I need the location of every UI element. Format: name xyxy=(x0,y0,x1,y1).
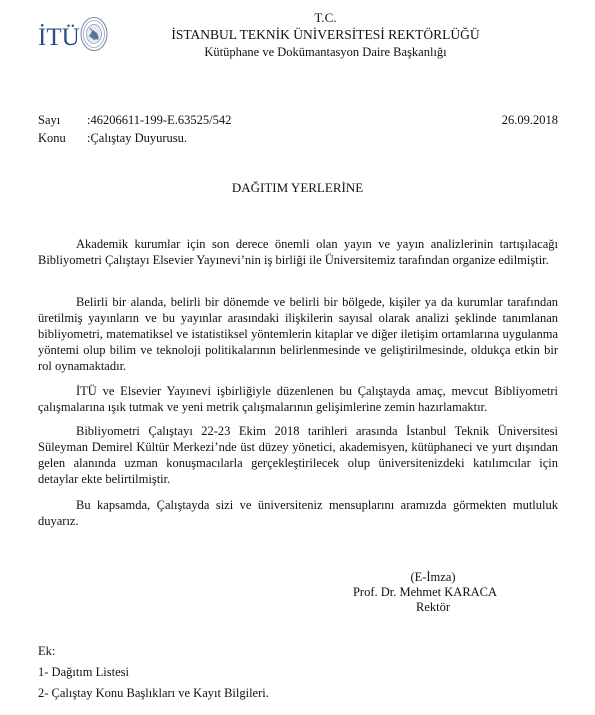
attachments-label: Ek: xyxy=(38,643,55,659)
body-paragraph: Bibliyometri Çalıştayı 22-23 Ekim 2018 t… xyxy=(38,423,558,487)
konu-label: Konu xyxy=(38,130,66,146)
header-university: İSTANBUL TEKNİK ÜNİVERSİTESİ REKTÖRLÜĞÜ xyxy=(28,27,595,43)
sayi-label: Sayı xyxy=(38,112,60,128)
document-date: 26.09.2018 xyxy=(502,112,558,128)
body-paragraph: İTÜ ve Elsevier Yayınevi işbirliğiyle dü… xyxy=(38,383,558,415)
attachment-item: 1- Dağıtım Listesi xyxy=(38,664,129,680)
signatory-title: Rektör xyxy=(348,600,518,615)
body-paragraph: Belirli bir alanda, belirli bir dönemde … xyxy=(38,294,558,374)
e-signature-note: (E-İmza) xyxy=(348,570,518,585)
body-paragraph: Bu kapsamda, Çalıştayda sizi ve üniversi… xyxy=(38,497,558,529)
sayi-value: :46206611-199-E.63525/542 xyxy=(87,112,231,128)
addressee: DAĞITIM YERLERİNE xyxy=(0,180,595,196)
header-tc: T.C. xyxy=(28,10,595,26)
attachment-item: 2- Çalıştay Konu Başlıkları ve Kayıt Bil… xyxy=(38,685,269,701)
body-paragraph: Akademik kurumlar için son derece önemli… xyxy=(38,236,558,268)
signatory-name: Prof. Dr. Mehmet KARACA xyxy=(340,585,510,600)
header-department: Kütüphane ve Dokümantasyon Daire Başkanl… xyxy=(28,44,595,60)
konu-value: :Çalıştay Duyurusu. xyxy=(87,130,187,146)
